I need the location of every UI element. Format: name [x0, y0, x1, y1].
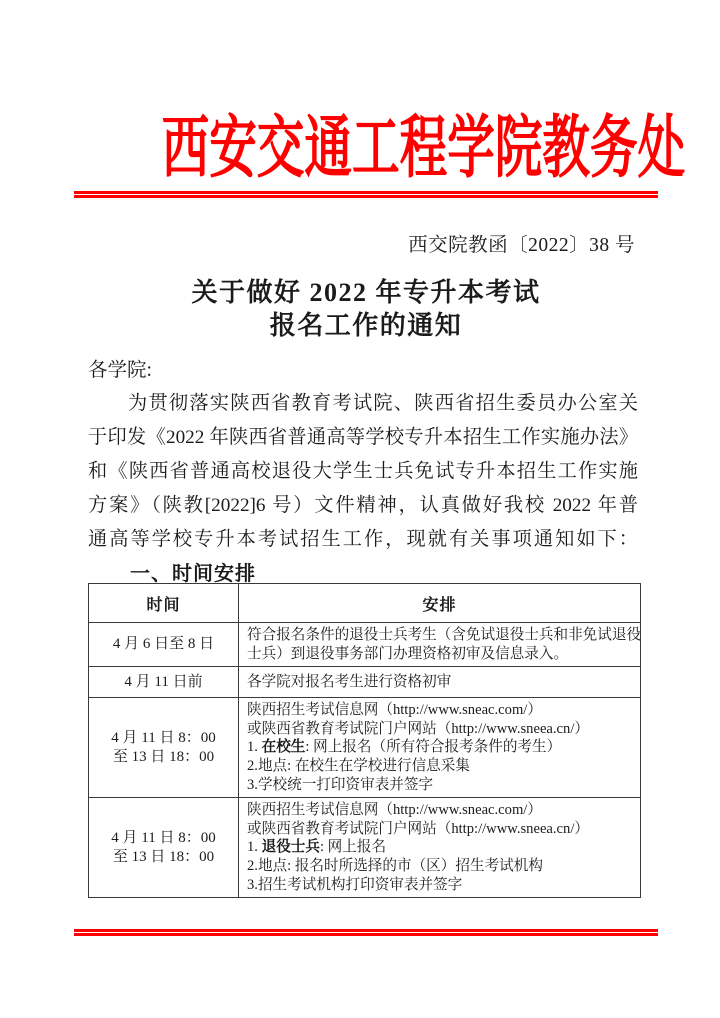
arrangement-cell: 符合报名条件的退役士兵考生（含免试退役士兵和非免试退役士兵）到退役事务部门办理资… [239, 623, 641, 667]
schedule-table: 时间 安排 4 月 6 日至 8 日符合报名条件的退役士兵考生（含免试退役士兵和… [88, 583, 641, 898]
arrangement-cell: 各学院对报名考生进行资格初审 [239, 667, 641, 698]
salutation: 各学院: [88, 354, 152, 382]
letterhead-title: 西安交通工程学院教务处 [162, 106, 571, 190]
bold-text-segment: 退役士兵 [262, 839, 320, 855]
text-segment: 或陕西省教育考试院门户网站（http://www.sneea.cn/） [247, 821, 589, 837]
text-segment: 士兵）到退役事务部门办理资格初审及信息录入。 [247, 646, 568, 662]
time-line: 4 月 11 日前 [93, 673, 234, 692]
table-row: 4 月 11 日 8：00至 13 日 18：00陕西招生考试信息网（http:… [89, 798, 641, 898]
text-segment: 或陕西省教育考试院门户网站（http://www.sneea.cn/） [247, 721, 589, 737]
text-segment: 各学院对报名考生进行资格初审 [247, 674, 451, 690]
arrangement-line: 陕西招生考试信息网（http://www.sneac.com/） [247, 701, 634, 720]
bold-text-segment: 在校生 [262, 739, 306, 755]
paragraph-line: 为贯彻落实陕西省教育考试院、陕西省招生委员办公室关 [88, 387, 638, 421]
arrangement-line: 符合报名条件的退役士兵考生（含免试退役士兵和非免试退役 [247, 626, 634, 645]
paragraph-line: 于印发《2022 年陕西省普通高等学校专升本招生工作实施办法》 [88, 421, 638, 455]
text-segment: : 网上报名（所有符合报考条件的考生） [305, 739, 561, 755]
paragraph-line: 通高等学校专升本考试招生工作，现就有关事项通知如下： [88, 523, 638, 557]
time-cell: 4 月 11 日 8：00至 13 日 18：00 [89, 698, 239, 798]
table-header-row: 时间 安排 [89, 584, 641, 623]
text-segment: 1. [247, 839, 262, 855]
time-line: 4 月 11 日 8：00 [93, 829, 234, 848]
notice-title-line1: 关于做好 2022 年专升本考试 [74, 276, 658, 309]
paragraph-line: 方案》（陕教[2022]6 号）文件精神，认真做好我校 2022 年普 [88, 489, 638, 523]
time-cell: 4 月 6 日至 8 日 [89, 623, 239, 667]
notice-title-line2: 报名工作的通知 [74, 309, 658, 342]
text-segment: : 网上报名 [320, 839, 386, 855]
time-line: 4 月 6 日至 8 日 [93, 635, 234, 654]
divider-thick-line [74, 933, 658, 936]
table-row: 4 月 11 日前各学院对报名考生进行资格初审 [89, 667, 641, 698]
arrangement-cell: 陕西招生考试信息网（http://www.sneac.com/）或陕西省教育考试… [239, 698, 641, 798]
table-row: 4 月 6 日至 8 日符合报名条件的退役士兵考生（含免试退役士兵和非免试退役士… [89, 623, 641, 667]
arrangement-line: 2.地点: 报名时所选择的市（区）招生考试机构 [247, 857, 634, 876]
text-segment: 3.学校统一打印资审表并签字 [247, 777, 433, 793]
time-line: 4 月 11 日 8：00 [93, 729, 234, 748]
arrangement-line: 2.地点: 在校生在学校进行信息采集 [247, 757, 634, 776]
text-segment: 陕西招生考试信息网（http://www.sneac.com/） [247, 702, 542, 718]
arrangement-line: 陕西招生考试信息网（http://www.sneac.com/） [247, 801, 634, 820]
text-segment: 2.地点: 在校生在学校进行信息采集 [247, 758, 470, 774]
divider-thick-line [74, 195, 658, 198]
doc-number: 西交院教函〔2022〕38 号 [408, 229, 635, 257]
time-cell: 4 月 11 日 8：00至 13 日 18：00 [89, 798, 239, 898]
arrangement-line: 3.招生考试机构打印资审表并签字 [247, 876, 634, 895]
section-heading: 一、时间安排 [130, 557, 256, 586]
table-row: 4 月 11 日 8：00至 13 日 18：00陕西招生考试信息网（http:… [89, 698, 641, 798]
notice-title: 关于做好 2022 年专升本考试 报名工作的通知 [74, 276, 658, 342]
text-segment: 符合报名条件的退役士兵考生（含免试退役士兵和非免试退役 [247, 627, 641, 643]
footer-divider [74, 929, 658, 936]
letterhead-divider [74, 191, 658, 198]
arrangement-line: 1. 退役士兵: 网上报名 [247, 838, 634, 857]
arrangement-line: 各学院对报名考生进行资格初审 [247, 673, 634, 692]
document-page: { "colors": { "accent_red": "#ff0000", "… [0, 0, 720, 1018]
text-segment: 1. [247, 739, 262, 755]
arrangement-line: 3.学校统一打印资审表并签字 [247, 776, 634, 795]
arrangement-line: 1. 在校生: 网上报名（所有符合报考条件的考生） [247, 738, 634, 757]
column-header-time: 时间 [89, 584, 239, 623]
arrangement-line: 或陕西省教育考试院门户网站（http://www.sneea.cn/） [247, 820, 634, 839]
time-cell: 4 月 11 日前 [89, 667, 239, 698]
paragraph-line: 和《陕西省普通高校退役大学生士兵免试专升本招生工作实施 [88, 455, 638, 489]
arrangement-line: 或陕西省教育考试院门户网站（http://www.sneea.cn/） [247, 720, 634, 739]
column-header-arrangement: 安排 [239, 584, 641, 623]
arrangement-cell: 陕西招生考试信息网（http://www.sneac.com/）或陕西省教育考试… [239, 798, 641, 898]
time-line: 至 13 日 18：00 [93, 748, 234, 767]
body-paragraph: 为贯彻落实陕西省教育考试院、陕西省招生委员办公室关于印发《2022 年陕西省普通… [88, 387, 638, 557]
text-segment: 陕西招生考试信息网（http://www.sneac.com/） [247, 802, 542, 818]
time-line: 至 13 日 18：00 [93, 848, 234, 867]
text-segment: 3.招生考试机构打印资审表并签字 [247, 877, 462, 893]
text-segment: 2.地点: 报名时所选择的市（区）招生考试机构 [247, 858, 543, 874]
arrangement-line: 士兵）到退役事务部门办理资格初审及信息录入。 [247, 645, 634, 664]
